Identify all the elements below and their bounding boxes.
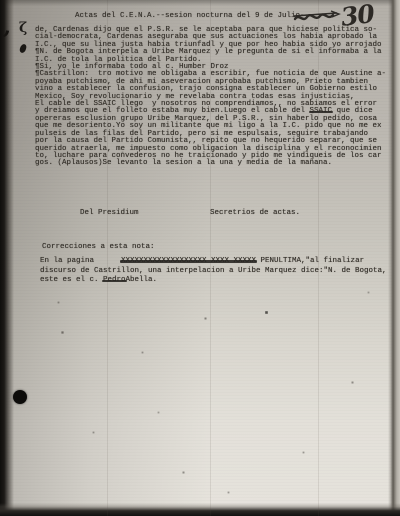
paper-specks [0, 0, 1, 1]
text-line: En la pagina XXXXXXXXXXXXXXXXXXX XXXX XX… [40, 257, 387, 267]
punch-hole [13, 390, 27, 404]
struck-out-text: XXXXXXXXXXXXXXXXXXX XXXX XXXXX [121, 257, 256, 265]
corrections-text: En la pagina XXXXXXXXXXXXXXXXXXX XXXX XX… [40, 257, 387, 286]
page-left-edge [0, 0, 14, 516]
page-bottom-edge [0, 503, 400, 516]
scanned-document-page: , ζ Actas del C.E.N.A.--sesion nocturna … [0, 0, 400, 516]
document-title: Actas del C.E.N.A.--sesion nocturna del … [75, 13, 309, 20]
page-right-edge [388, 0, 400, 516]
struck-out-text: Pedro [103, 276, 126, 284]
handwritten-mark [19, 43, 27, 53]
handwritten-mark: ζ [19, 20, 27, 36]
minutes-body-text: de, Cardenas dijo que el P.S.R. se le ac… [35, 27, 386, 168]
crossed-out-scribble [293, 7, 341, 27]
text-line: este es el c. PedroAbella. [40, 276, 387, 286]
presidium-signature-label: Del Presidium [80, 210, 139, 217]
text-line: gos. (Aplausos)Se levanto la sesion a la… [35, 160, 386, 167]
secretaries-signature-label: Secretrios de actas. [210, 210, 300, 217]
text-line: discurso de Castrillon, una interpelacio… [40, 267, 387, 277]
corrections-heading: Correcciones a esta nota: [42, 244, 155, 251]
